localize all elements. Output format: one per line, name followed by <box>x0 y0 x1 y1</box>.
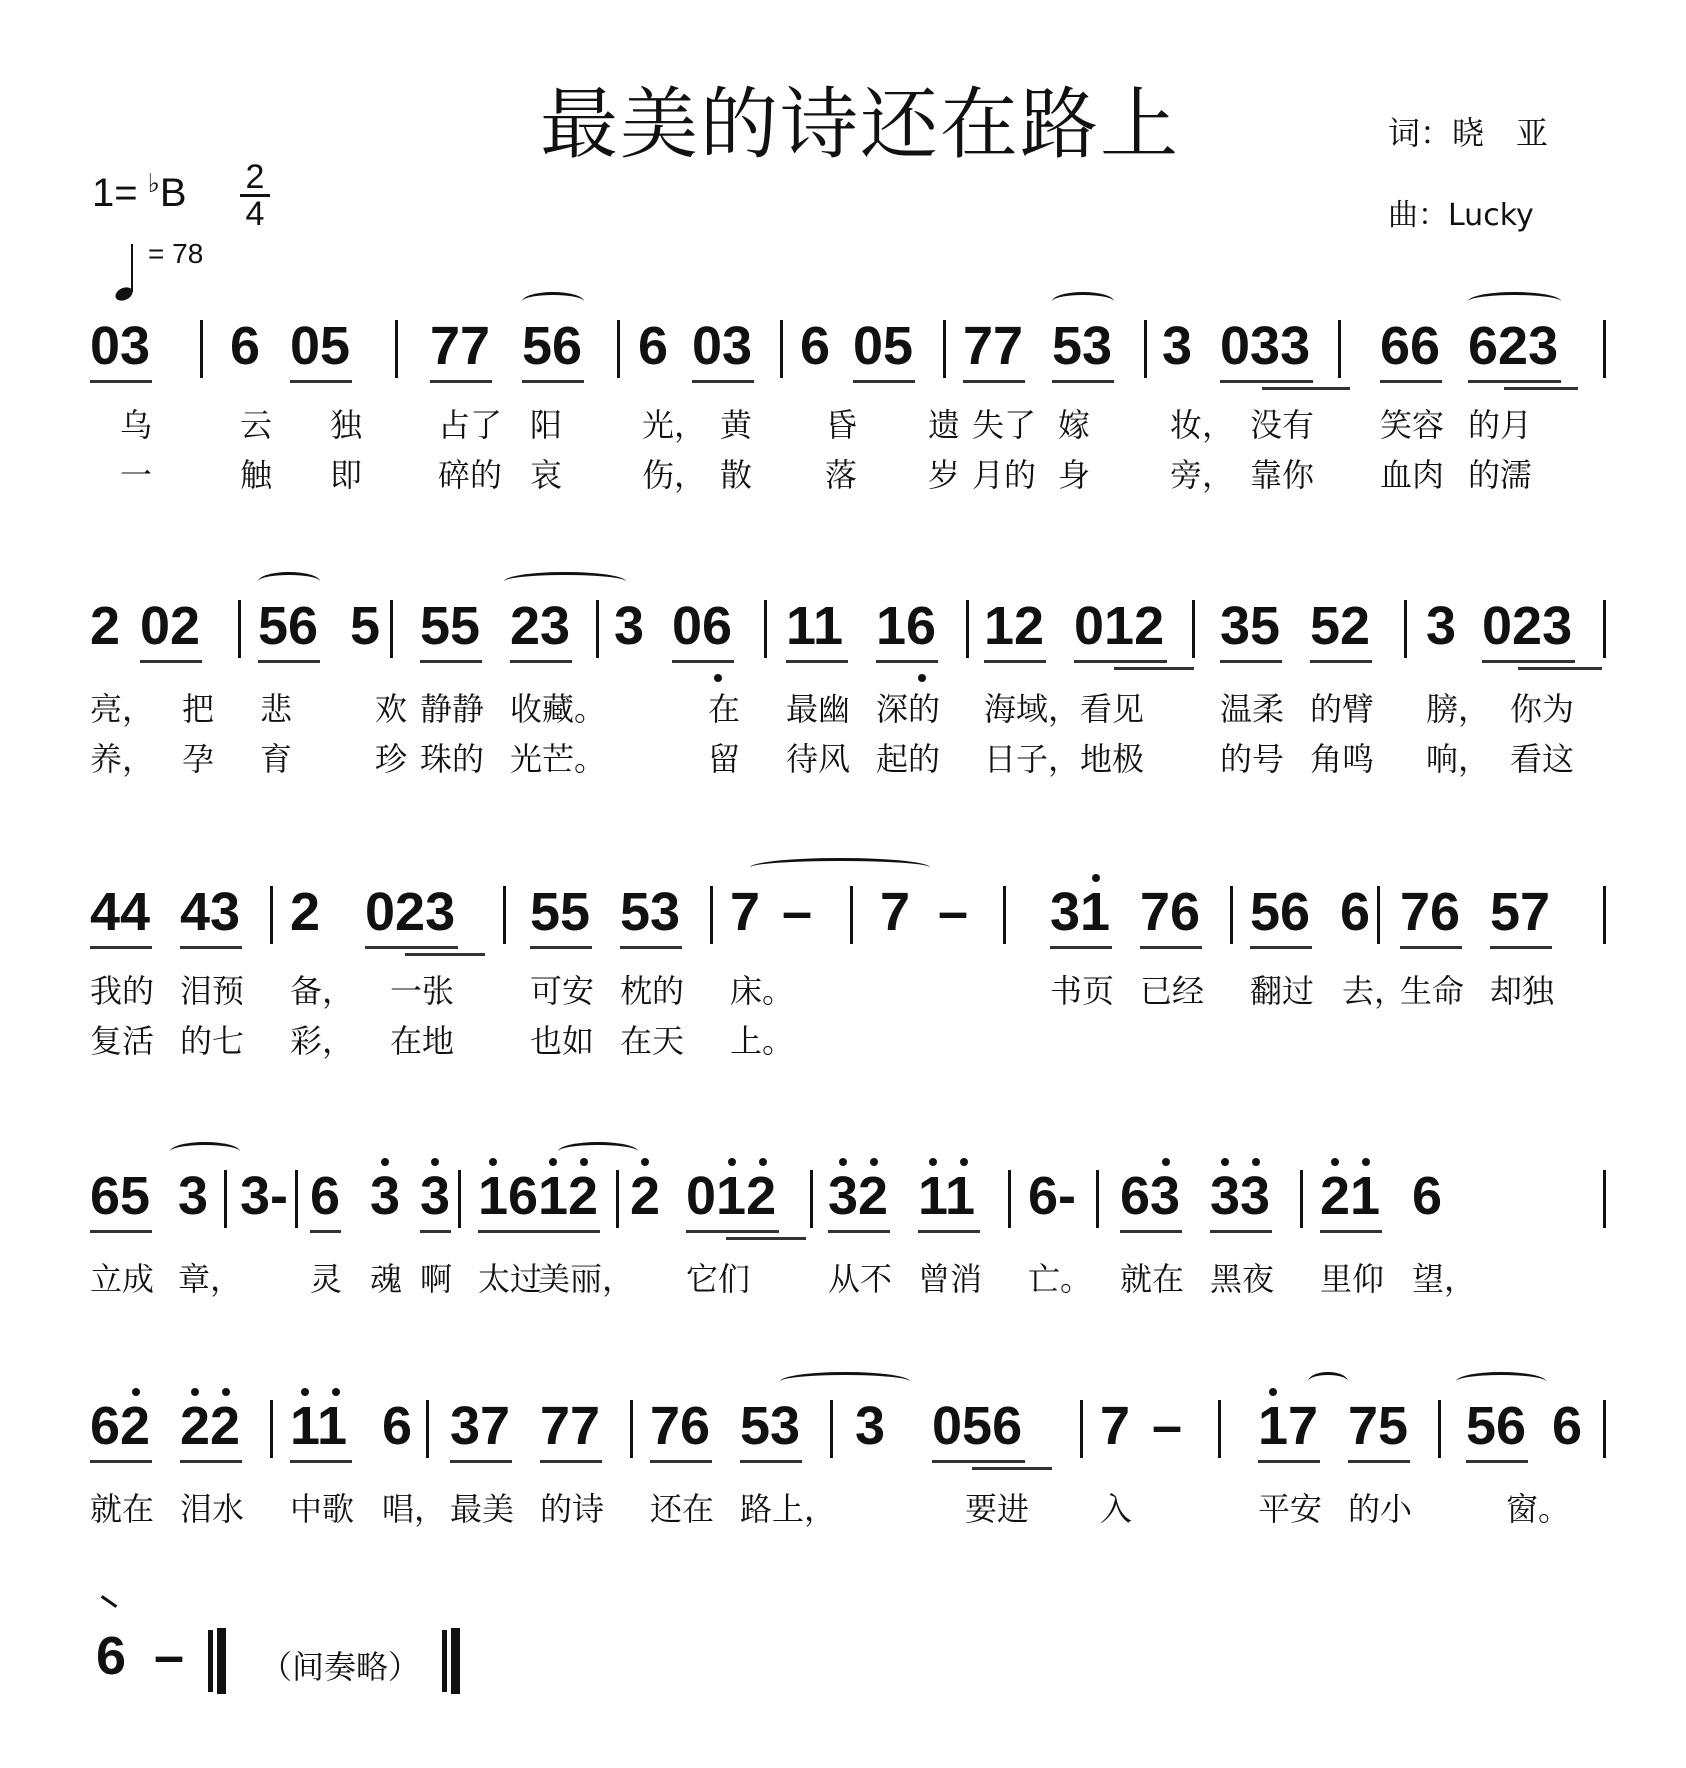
lyric-syllable: 悲 <box>260 684 292 730</box>
lyric-syllable: 占了 <box>438 400 502 446</box>
note-group: 53 <box>620 882 680 942</box>
slur-arc <box>750 858 930 877</box>
lyric-syllable: 亡。 <box>1028 1254 1092 1300</box>
beam-underline <box>90 1230 152 1233</box>
score-row-5: 62221163777765330567–1775566 就在泪水中歌唱，最美的… <box>90 1380 1610 1574</box>
lyric-syllable: 它们 <box>686 1254 750 1300</box>
barline <box>943 320 946 378</box>
lyric-syllable: 失了 <box>972 400 1036 446</box>
note-group: 76 <box>1400 882 1460 942</box>
lyric-syllable: 在地 <box>390 1016 454 1062</box>
lyric-syllable: 却独 <box>1490 966 1554 1012</box>
lyric-syllable: 复活 <box>90 1016 154 1062</box>
beam-underline <box>963 380 1025 383</box>
note-group: 05 <box>853 316 913 376</box>
note-group: 6 <box>1340 882 1370 942</box>
note-group: 37 <box>450 1396 510 1456</box>
lyric-syllable: 去， <box>1342 966 1406 1012</box>
note-group: 55 <box>420 596 480 656</box>
barline <box>1404 600 1407 658</box>
barline <box>270 886 273 944</box>
note-group: 3 <box>855 1396 885 1456</box>
lyric-syllable: 枕的 <box>620 966 684 1012</box>
note-group: 12 <box>538 1166 598 1226</box>
beam-underline <box>740 1460 802 1463</box>
note-group: 11 <box>290 1396 347 1456</box>
note-group: 77 <box>540 1396 600 1456</box>
lyric-syllable: 阳 <box>530 400 562 446</box>
lyric-syllable: 泪预 <box>180 966 244 1012</box>
barline <box>1008 1170 1011 1228</box>
barline <box>426 1400 429 1458</box>
lyric-syllable: 上。 <box>730 1016 794 1062</box>
lyric-syllable: 唱， <box>382 1484 446 1530</box>
beam-underline <box>510 660 572 663</box>
beam-underline <box>140 660 202 663</box>
barline <box>1230 886 1233 944</box>
lyric-syllable: 日子， <box>984 734 1080 780</box>
beam-underline <box>478 1230 540 1233</box>
barline <box>710 886 713 944</box>
lyric-syllable: 路上， <box>740 1484 836 1530</box>
lyric-syllable: 从不 <box>828 1254 892 1300</box>
barline <box>1438 1400 1441 1458</box>
notation-line: 0360577566036057753303366623 <box>90 300 1610 390</box>
barline <box>295 1170 298 1228</box>
note-group: 3 <box>1426 596 1456 656</box>
slur-arc <box>258 572 320 591</box>
barline <box>1603 886 1606 944</box>
lyric-syllable: 欢 <box>375 684 407 730</box>
note-group: 22 <box>180 1396 240 1456</box>
octave-high-dot <box>222 1388 230 1396</box>
note-group: 033 <box>1220 316 1310 376</box>
barline <box>1003 886 1006 944</box>
beam-underline <box>420 1230 451 1233</box>
lyric-syllable: 就在 <box>1120 1254 1184 1300</box>
octave-high-dot <box>641 1158 649 1166</box>
lyric-syllable: 也如 <box>530 1016 594 1062</box>
note-group: 43 <box>180 882 240 942</box>
octave-high-dot <box>759 1158 767 1166</box>
lyric-syllable: 太过 <box>478 1254 542 1300</box>
lyric-syllable: 还在 <box>650 1484 714 1530</box>
lyric-syllable: 最幽 <box>786 684 850 730</box>
lyric-syllable: 立成 <box>90 1254 154 1300</box>
lyrics-block: 乌云独占了阳光，黄昏遗失了嫁妆，没有笑容的月 一触即碎的哀伤，散落岁月的身旁，靠… <box>90 390 1610 494</box>
lyric-syllable: 在天 <box>620 1016 684 1062</box>
beam-underline <box>365 946 458 949</box>
barline <box>1144 320 1147 378</box>
lyric-syllable: 光， <box>642 400 706 446</box>
beam-underline <box>290 380 352 383</box>
note-group: 7 <box>880 882 910 942</box>
lyric-syllable: 云 <box>240 400 272 446</box>
note-group: 6- <box>1028 1166 1076 1226</box>
slur-arc <box>780 1372 910 1391</box>
lyric-syllable: 窗。 <box>1506 1484 1570 1530</box>
sustain-dash: – <box>782 882 812 942</box>
note-group: 53 <box>1052 316 1112 376</box>
double-barline <box>442 1630 447 1692</box>
note-group: 012 <box>686 1166 776 1226</box>
octave-high-dot <box>431 1158 439 1166</box>
octave-high-dot <box>1269 1388 1277 1396</box>
octave-high-dot <box>1331 1158 1339 1166</box>
lyric-syllable: 书页 <box>1050 966 1114 1012</box>
barline <box>780 320 783 378</box>
barline <box>850 886 853 944</box>
note-group: 3 <box>420 1166 450 1226</box>
note-group: 3- <box>240 1166 288 1226</box>
note-group: 3 <box>1162 316 1192 376</box>
lyric-syllable: 光芒。 <box>510 734 606 780</box>
beam-underline <box>180 946 242 949</box>
note-group: 6 <box>310 1166 340 1226</box>
lyric-syllable: 遗 <box>928 400 960 446</box>
flat-icon: ♭ <box>148 168 160 198</box>
lyric-syllable: 看见 <box>1080 684 1144 730</box>
lyric-syllable: 膀， <box>1426 684 1490 730</box>
accent-mark <box>101 1595 117 1608</box>
beam-underline <box>1466 1460 1528 1463</box>
beam-underline <box>1140 946 1202 949</box>
lyric-syllable: 生命 <box>1400 966 1464 1012</box>
lyric-syllable: 啊 <box>420 1254 452 1300</box>
note-group: 6 <box>230 316 260 376</box>
octave-high-dot <box>1362 1158 1370 1166</box>
key-note: B <box>160 171 187 215</box>
note-group: 77 <box>430 316 490 376</box>
lyric-syllable: 彩， <box>290 1016 354 1062</box>
barline <box>966 600 969 658</box>
note-group: 3 <box>614 596 644 656</box>
lyric-syllable: 珠的 <box>420 734 484 780</box>
lyric-syllable: 珍 <box>375 734 407 780</box>
song-title: 最美的诗还在路上 <box>540 62 1180 174</box>
lyric-syllable: 美丽， <box>538 1254 634 1300</box>
lyric-syllable: 留 <box>708 734 740 780</box>
notation-line: 6 – （间奏略） <box>90 1610 1610 1700</box>
lyric-syllable: 的七 <box>180 1016 244 1062</box>
lyric-syllable: 触 <box>240 450 272 496</box>
barline <box>1192 600 1195 658</box>
beam-underline <box>1258 1460 1320 1463</box>
lyric-syllable: 旁， <box>1170 450 1234 496</box>
note-group: 6 <box>1412 1166 1442 1226</box>
lyric-syllable: 身 <box>1058 450 1090 496</box>
lyric-syllable: 把 <box>182 684 214 730</box>
lyrics-block: 就在泪水中歌唱，最美的诗还在路上，要进入平安的小窗。 <box>90 1470 1610 1574</box>
note-group: 03 <box>692 316 752 376</box>
octave-high-dot <box>1092 874 1100 882</box>
note-group: 3 <box>370 1166 400 1226</box>
note-group: 2 <box>290 882 320 942</box>
lyric-syllable: 散 <box>720 450 752 496</box>
lyric-syllable: 妆， <box>1170 400 1234 446</box>
octave-high-dot <box>929 1158 937 1166</box>
lyric-syllable: 靠你 <box>1250 450 1314 496</box>
lyric-syllable: 即 <box>330 450 362 496</box>
lyric-syllable: 备， <box>290 966 354 1012</box>
lyric-syllable: 翻过 <box>1250 966 1314 1012</box>
lyric-syllable: 血肉 <box>1380 450 1444 496</box>
note-group: 056 <box>932 1396 1022 1456</box>
note-group: 7 <box>730 882 760 942</box>
beam-underline <box>1380 380 1442 383</box>
beam-underline <box>1400 946 1462 949</box>
lyric-syllable: 亮， <box>90 684 154 730</box>
lyric-syllable: 待风 <box>786 734 850 780</box>
barline <box>390 600 393 658</box>
beam-underline <box>1210 1230 1272 1233</box>
beam-underline <box>450 1460 512 1463</box>
lyric-syllable: 起的 <box>876 734 940 780</box>
note-group: 33 <box>1210 1166 1270 1226</box>
lyric-syllable: 岁 <box>928 450 960 496</box>
composer-credit: 曲：Lucky <box>1388 190 1534 234</box>
lyric-syllable: 海域， <box>984 684 1080 730</box>
lyric-syllable: 床。 <box>730 966 794 1012</box>
lyric-syllable: 昏 <box>825 400 857 446</box>
octave-high-dot <box>1221 1158 1229 1166</box>
lyric-syllable: 章， <box>178 1254 242 1300</box>
note-group: 56 <box>258 596 318 656</box>
beam-underline <box>90 946 152 949</box>
barline <box>1377 886 1380 944</box>
beam-underline <box>1074 660 1167 663</box>
lyric-syllable: 一 <box>120 450 152 496</box>
barline <box>503 886 506 944</box>
barline <box>1080 1400 1083 1458</box>
slur-arc <box>522 292 584 311</box>
lyric-syllable: 中歌 <box>290 1484 354 1530</box>
beam-underline <box>290 1460 352 1463</box>
note-group: 06 <box>672 596 732 656</box>
beam-underline <box>918 1230 980 1233</box>
lyric-syllable: 一张 <box>390 966 454 1012</box>
barline <box>830 1400 833 1458</box>
slur-arc <box>170 1142 240 1161</box>
note-group: 11 <box>918 1166 975 1226</box>
score-row-3: 4443202355537–7–31765667657 我的泪预备，一张可安枕的… <box>90 866 1610 1060</box>
beam-underline <box>786 660 848 663</box>
lyric-syllable: 最美 <box>450 1484 514 1530</box>
lyric-syllable: 落 <box>825 450 857 496</box>
key-prefix: 1= <box>92 171 138 215</box>
octave-high-dot <box>332 1388 340 1396</box>
double-barline <box>208 1630 213 1692</box>
beam-underline <box>1220 660 1282 663</box>
note-group: 57 <box>1490 882 1550 942</box>
sustain-dash: – <box>154 1626 184 1686</box>
quarter-note-icon <box>108 242 138 304</box>
beam-underline <box>540 1460 602 1463</box>
lyric-syllable: 独 <box>330 400 362 446</box>
lyric-syllable: 曾消 <box>918 1254 982 1300</box>
barline <box>224 1170 227 1228</box>
barline <box>616 1170 619 1228</box>
beam-underline <box>1310 660 1372 663</box>
tempo-marking: = 78 <box>148 238 203 270</box>
note-group: 3 <box>178 1166 208 1226</box>
beam-underline <box>522 380 584 383</box>
note-group: 21 <box>1320 1166 1380 1226</box>
barline <box>1603 600 1606 658</box>
note-group: 52 <box>1310 596 1370 656</box>
barline <box>238 600 241 658</box>
beam-underline <box>90 380 152 383</box>
lyric-syllable: 育 <box>260 734 292 780</box>
barline <box>1096 1170 1099 1228</box>
note-group: 75 <box>1348 1396 1408 1456</box>
barline <box>764 600 767 658</box>
beam-underline <box>1050 946 1112 949</box>
lyric-syllable: 的小 <box>1348 1484 1412 1530</box>
octave-high-dot <box>728 1158 736 1166</box>
lyric-syllable: 地极 <box>1080 734 1144 780</box>
beam-underline <box>876 660 938 663</box>
lyric-syllable: 可安 <box>530 966 594 1012</box>
notation-line: 202565552330611161201235523023 <box>90 580 1610 670</box>
sustain-dash: – <box>938 882 968 942</box>
notation-line: 6533-6331612201232116-6333216 <box>90 1150 1610 1240</box>
note-group: 02 <box>140 596 200 656</box>
lyric-syllable: 的月 <box>1468 400 1532 446</box>
note-group: 6 <box>382 1396 412 1456</box>
lyric-syllable: 在 <box>708 684 740 730</box>
beam-underline <box>620 946 682 949</box>
lyric-syllable: 黄 <box>720 400 752 446</box>
barline <box>596 600 599 658</box>
note-group: 65 <box>90 1166 150 1226</box>
lyric-syllable: 角鸣 <box>1310 734 1374 780</box>
barline <box>1300 1170 1303 1228</box>
note-group: 23 <box>510 596 570 656</box>
barline <box>1603 1400 1606 1458</box>
octave-high-dot <box>1162 1158 1170 1166</box>
barline <box>630 1400 633 1458</box>
note-group: 05 <box>290 316 350 376</box>
note-group: 6 <box>638 316 668 376</box>
lyric-syllable: 的诗 <box>540 1484 604 1530</box>
beam-underline <box>420 660 482 663</box>
score-row-6-ending: 6 – （间奏略） <box>90 1610 1610 1700</box>
lyric-syllable: 响， <box>1426 734 1490 780</box>
sustain-dash: – <box>1152 1396 1182 1456</box>
lyric-syllable: 平安 <box>1258 1484 1322 1530</box>
time-numerator: 2 <box>240 162 270 192</box>
note-group: 32 <box>828 1166 888 1226</box>
lyric-syllable: 笑容 <box>1380 400 1444 446</box>
note-group: 44 <box>90 882 150 942</box>
barline <box>270 1400 273 1458</box>
note-group: 16 <box>876 596 936 656</box>
beam-underline <box>258 660 320 663</box>
beam-underline <box>310 1230 341 1233</box>
barline <box>1338 320 1341 378</box>
beam-underline <box>1468 380 1561 383</box>
octave-high-dot <box>132 1388 140 1396</box>
lyric-syllable: 乌 <box>120 400 152 446</box>
octave-high-dot <box>1252 1158 1260 1166</box>
lyric-syllable: 收藏。 <box>510 684 606 730</box>
beam-underline <box>1320 1230 1382 1233</box>
lyric-syllable: 要进 <box>965 1484 1029 1530</box>
note-group: 55 <box>530 882 590 942</box>
notation-line: 4443202355537–7–31765667657 <box>90 866 1610 956</box>
barline <box>1603 1170 1606 1228</box>
note-group: 11 <box>786 596 843 656</box>
beam-underline <box>90 1460 152 1463</box>
lyric-syllable: 嫁 <box>1058 400 1090 446</box>
lyric-syllable: 泪水 <box>180 1484 244 1530</box>
lyric-syllable: 魂 <box>370 1254 402 1300</box>
lyric-syllable: 里仰 <box>1320 1254 1384 1300</box>
lyrics-block: 立成章，灵魂啊太过美丽，它们从不曾消亡。就在黑夜里仰望， <box>90 1240 1610 1344</box>
note-group: 62 <box>90 1396 150 1456</box>
note-group: 03 <box>90 316 150 376</box>
score-row-2: 202565552330611161201235523023 亮，把悲欢静静收藏… <box>90 580 1610 774</box>
note-group: 2 <box>90 596 120 656</box>
lyric-syllable: 看这 <box>1510 734 1574 780</box>
beam-underline <box>984 660 1046 663</box>
lyrics-block: 我的泪预备，一张可安枕的床。书页已经翻过去，生命却独 复活的七彩，在地也如在天上… <box>90 956 1610 1060</box>
slur-arc <box>1468 292 1561 311</box>
lyric-syllable: 深的 <box>876 684 940 730</box>
octave-high-dot <box>960 1158 968 1166</box>
lyrics-block: 亮，把悲欢静静收藏。在最幽深的海域，看见温柔的臂膀，你为 养，孕育珍珠的光芒。留… <box>90 670 1610 774</box>
note: 6 <box>96 1626 126 1686</box>
lyric-syllable: 哀 <box>530 450 562 496</box>
beam-underline <box>1348 1460 1410 1463</box>
barline <box>1218 1400 1221 1458</box>
note-group: 6 <box>800 316 830 376</box>
beam-underline <box>1482 660 1575 663</box>
octave-high-dot <box>839 1158 847 1166</box>
lyric-syllable: 没有 <box>1250 400 1314 446</box>
score-row-4: 6533-6331612201232116-6333216 立成章，灵魂啊太过美… <box>90 1150 1610 1344</box>
octave-high-dot <box>381 1158 389 1166</box>
barline <box>395 320 398 378</box>
beam-underline <box>538 1230 600 1233</box>
note-group: 5 <box>350 596 380 656</box>
barline <box>810 1170 813 1228</box>
note-group: 63 <box>1120 1166 1180 1226</box>
note-group: 17 <box>1258 1396 1318 1456</box>
barline <box>458 1170 461 1228</box>
note-group: 35 <box>1220 596 1280 656</box>
lyric-syllable: 月的 <box>972 450 1036 496</box>
slur-arc <box>504 572 626 591</box>
lyric-syllable: 静静 <box>420 684 484 730</box>
barline <box>200 320 203 378</box>
lyric-syllable: 碎的 <box>438 450 502 496</box>
beam-underline <box>686 1230 779 1233</box>
note-group: 7 <box>1100 1396 1130 1456</box>
octave-high-dot <box>870 1158 878 1166</box>
octave-high-dot <box>191 1388 199 1396</box>
lyric-syllable: 的臂 <box>1310 684 1374 730</box>
note-group: 56 <box>522 316 582 376</box>
lyric-syllable: 的濡 <box>1468 450 1532 496</box>
slur-arc <box>1456 1372 1546 1391</box>
lyric-syllable: 灵 <box>310 1254 342 1300</box>
note-group: 77 <box>963 316 1023 376</box>
beam-underline <box>672 660 734 663</box>
beam-underline <box>530 946 592 949</box>
beam-underline <box>1490 946 1552 949</box>
